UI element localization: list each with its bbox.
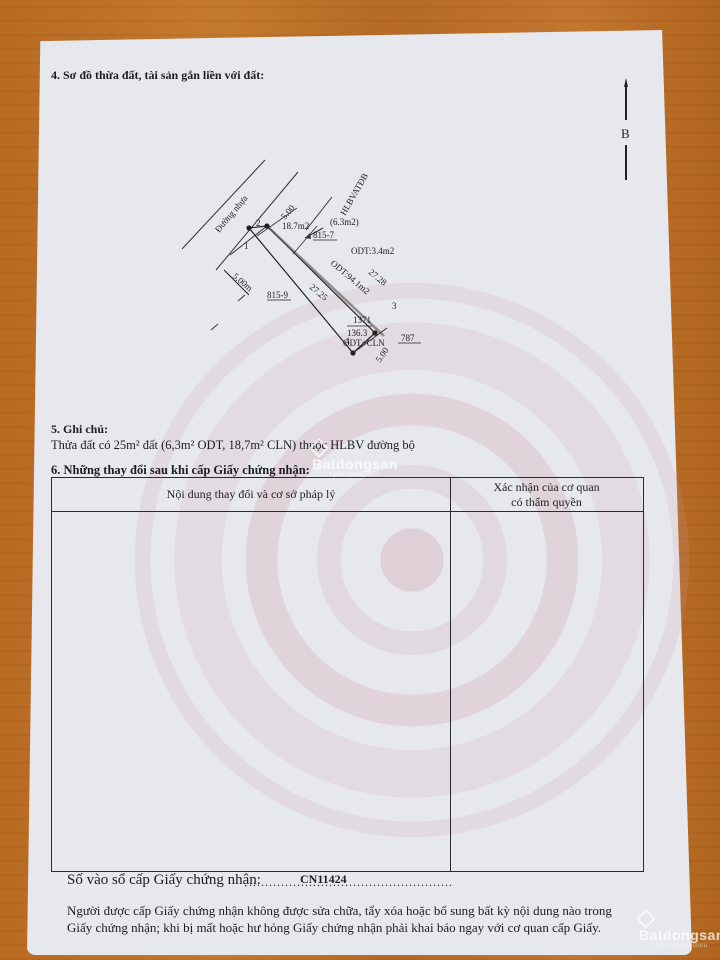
corridor-label: HLBVATĐB bbox=[338, 171, 370, 217]
registry-dots: ........................................… bbox=[249, 875, 453, 890]
batdongsan-corner-watermark: Batdongsan by PropertyGuru bbox=[639, 911, 720, 949]
plot-diagram: B Đường nhựa HLBVATĐB 1 2 3 4 5.00 5.00m… bbox=[27, 30, 692, 410]
svg-text:18.7m2: 18.7m2 bbox=[282, 221, 309, 231]
registry-number: CN11424 bbox=[300, 872, 347, 887]
batdongsan-logo-icon bbox=[309, 438, 329, 458]
road-label: Đường nhựa bbox=[213, 193, 250, 234]
batdongsan-watermark: Batdongsan by PropertyGuru bbox=[312, 440, 398, 478]
svg-text:ODT+CLN: ODT+CLN bbox=[343, 338, 385, 348]
svg-text:815-7: 815-7 bbox=[313, 230, 334, 240]
svg-text:787: 787 bbox=[401, 333, 415, 343]
registry-label: Số vào sổ cấp Giấy chứng nhận: bbox=[67, 872, 261, 889]
warning-line-2: Giấy chứng nhận; khi bị mất hoặc hư hỏng… bbox=[67, 920, 601, 936]
table-header-approval: Xác nhận của cơ quan có thẩm quyền bbox=[450, 480, 643, 510]
table-header-divider bbox=[52, 511, 643, 512]
svg-text:1: 1 bbox=[244, 241, 249, 251]
svg-text:815-9: 815-9 bbox=[267, 290, 288, 300]
svg-text:3: 3 bbox=[392, 301, 397, 311]
table-column-divider bbox=[450, 478, 451, 871]
svg-text:5.00m: 5.00m bbox=[231, 271, 255, 293]
approval-header-line1: Xác nhận của cơ quan bbox=[450, 480, 643, 495]
svg-text:(6.3m2): (6.3m2) bbox=[330, 217, 359, 227]
batdongsan-logo-icon bbox=[636, 909, 656, 929]
approval-header-line2: có thẩm quyền bbox=[450, 495, 643, 510]
svg-text:2: 2 bbox=[256, 218, 261, 228]
svg-text:ODT:3.4m2: ODT:3.4m2 bbox=[351, 246, 394, 256]
section-5-title: 5. Ghi chú: bbox=[51, 422, 108, 437]
svg-text:B: B bbox=[621, 126, 630, 141]
north-arrow-icon: B bbox=[621, 78, 630, 180]
table-header-content: Nội dung thay đổi và cơ sở pháp lý bbox=[52, 487, 450, 502]
svg-text:27.28: 27.28 bbox=[367, 267, 389, 288]
changes-table: Nội dung thay đổi và cơ sở pháp lý Xác n… bbox=[51, 477, 644, 872]
svg-text:136.3: 136.3 bbox=[347, 328, 368, 338]
svg-text:1371: 1371 bbox=[353, 315, 371, 325]
warning-line-1: Người được cấp Giấy chứng nhận không đượ… bbox=[67, 903, 612, 919]
section-6-title: 6. Những thay đổi sau khi cấp Giấy chứng… bbox=[51, 463, 310, 478]
